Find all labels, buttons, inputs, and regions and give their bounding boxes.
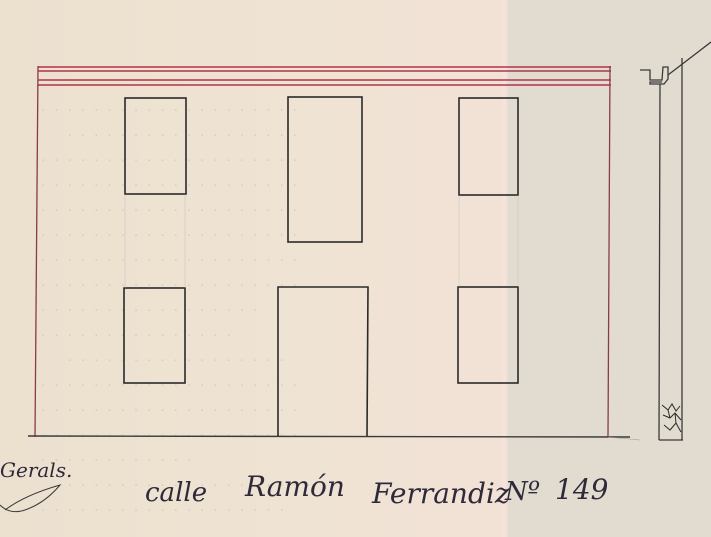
facade-outline: [35, 66, 610, 437]
lower-windows-and-door: [124, 287, 518, 436]
signature-flourish: [0, 485, 60, 512]
window-upper-right: [459, 98, 518, 195]
door: [278, 287, 368, 436]
window-lower-left: [124, 288, 185, 383]
ground-line: [28, 436, 630, 437]
street-label: calle: [145, 478, 207, 508]
window-lower-right: [458, 287, 518, 383]
foundation-rubble-icon: [662, 404, 681, 432]
window-upper-center: [288, 97, 362, 242]
street-name-1: Ramón: [245, 470, 345, 503]
window-upper-left: [125, 98, 186, 194]
cornice-lines: [38, 67, 611, 85]
wall-section: [640, 42, 711, 440]
elevation-drawing: [0, 0, 711, 537]
signature-text: Gerals.: [0, 458, 72, 482]
house-number: 149: [555, 473, 608, 506]
street-name-2: Ferrandiz: [372, 477, 510, 510]
number-label: Nº: [505, 477, 540, 507]
